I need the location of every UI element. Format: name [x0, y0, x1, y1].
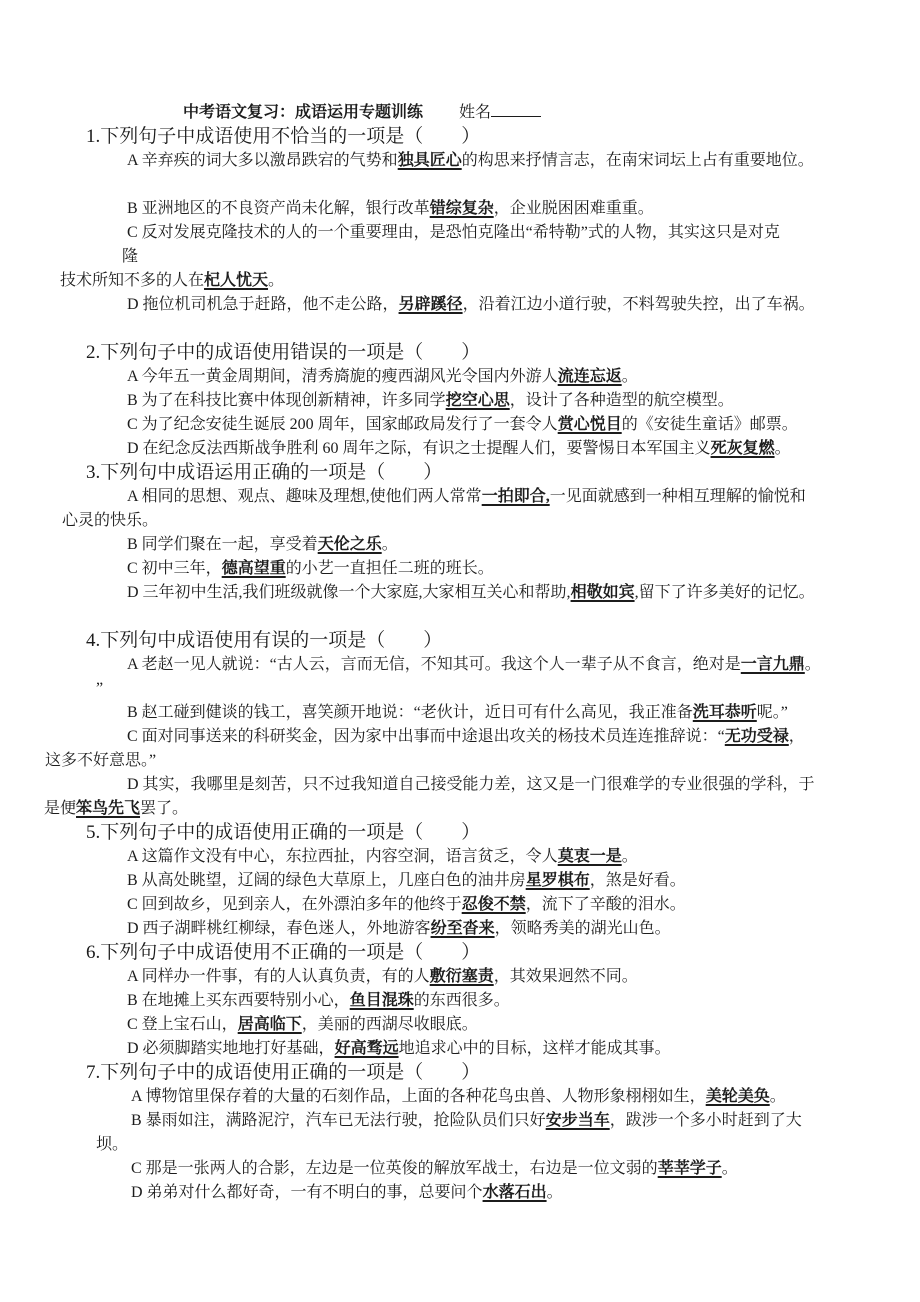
text-run: 呢。”: [757, 704, 788, 721]
text-run: C 登上宝石山，: [127, 1016, 238, 1033]
text-run: 罢了。: [140, 800, 188, 817]
option-line: D 其实，我哪里是刻苦，只不过我知道自己接受能力差，这又是一门很难学的专业很强的…: [127, 773, 815, 797]
wrap-line: 这多不好意思。”: [45, 749, 156, 773]
idiom-bold-underline: 流连忘返: [558, 368, 622, 385]
text-run: D 拖位机司机急于赶路，他不走公路，: [127, 296, 399, 313]
idiom-bold-underline: 挖空心思: [446, 392, 510, 409]
idiom-bold-underline: 死灰复燃: [711, 440, 775, 457]
text-run: B 从高处眺望，辽阔的绿色大草原上，几座白色的油井房: [127, 872, 526, 889]
text-run: 7.下列句子中的成语使用正确的一项是（ ）: [86, 1062, 480, 1083]
option-line: A 老赵一见人就说：“古人云，言而无信，不知其可。我这个人一辈子从不食言，绝对是…: [127, 653, 821, 677]
idiom-bold-underline: 一言九鼎: [741, 656, 805, 673]
text-run: 。: [805, 656, 821, 673]
question-stem: 1.下列句子中成语使用不恰当的一项是（ ）: [86, 125, 480, 149]
idiom-bold-underline: 敷衍塞责: [430, 968, 494, 985]
text-run: B 为了在科技比赛中体现创新精神，许多同学: [127, 392, 446, 409]
text-run: 的构思来抒情言志，在南宋词坛上占有重要地位。: [462, 152, 814, 169]
text-run: 地追求心中的目标，这样才能成其事。: [399, 1040, 671, 1057]
idiom-bold-underline: 洗耳恭听: [693, 704, 757, 721]
idiom-bold-underline: 杞人忧天: [204, 272, 268, 289]
question-stem: 5.下列句子中的成语使用正确的一项是（ ）: [86, 821, 480, 845]
idiom-bold-underline: 一拍即合,: [482, 488, 550, 505]
question-stem: 4.下列句中成语使用有误的一项是（ ）: [86, 629, 442, 653]
text-run: 。: [547, 1184, 563, 1201]
question-stem: 6.下列句子中成语使用不正确的一项是（ ）: [86, 941, 480, 965]
text-run: D 弟弟对什么都好奇，一有不明白的事，总要问个: [131, 1184, 483, 1201]
text-run: C 面对同事送来的科研奖金，因为家中出事而中途退出攻关的杨技术员连连推辞说：“: [127, 728, 725, 745]
option-line: B 暴雨如注，满路泥泞，汽车已无法行驶，抢险队员们只好安步当车，跋涉一个多小时赶…: [131, 1109, 802, 1133]
text-run: C 为了纪念安徒生诞辰 200 周年，国家邮政局发行了一套令人: [127, 416, 558, 433]
option-line: C 反对发展克隆技术的人的一个重要理由，是恐怕克隆出“希特勒”式的人物，其实这只…: [127, 221, 780, 245]
wrap-line: 坝。: [96, 1133, 128, 1157]
text-run: C 那是一张两人的合影，左边是一位英俊的解放军战士，右边是一位文弱的: [131, 1160, 658, 1177]
wrap-line: 心灵的快乐。: [62, 509, 158, 533]
question-stem: 2.下列句子中的成语使用错误的一项是（ ）: [86, 341, 480, 365]
idiom-bold-underline: 莫衷一是: [558, 848, 622, 865]
idiom-bold-underline: 水落石出: [483, 1184, 547, 1201]
text-run: C 反对发展克隆技术的人的一个重要理由，是恐怕克隆出“希特勒”式的人物，其实这只…: [127, 224, 780, 241]
text-run: 3.下列句中成语运用正确的一项是（ ）: [86, 462, 442, 483]
option-line: A 今年五一黄金周期间，清秀旖旎的瘦西湖风光令国内外游人流连忘返。: [127, 365, 638, 389]
text-run: 的《安徒生童话》邮票。: [622, 416, 798, 433]
text-run: 5.下列句子中的成语使用正确的一项是（ ）: [86, 822, 480, 843]
option-line: B 同学们聚在一起，享受着天伦之乐。: [127, 533, 398, 557]
option-line: B 为了在科技比赛中体现创新精神，许多同学挖空心思，设计了各种造型的航空模型。: [127, 389, 734, 413]
text-run: 技术所知不多的人在: [60, 272, 204, 289]
text-run: 1.下列句子中成语使用不恰当的一项是（ ）: [86, 126, 480, 147]
option-line: B 亚洲地区的不良资产尚未化解，银行改革错综复杂，企业脱困困难重重。: [127, 197, 654, 221]
idiom-bold-underline: 忍俊不禁: [462, 896, 526, 913]
idiom-bold-underline: 天伦之乐: [318, 536, 382, 553]
text-run: ，流下了辛酸的泪水。: [526, 896, 686, 913]
text-run: B 在地摊上买东西要特别小心，: [127, 992, 350, 1009]
idiom-bold-underline: 德高望重: [222, 560, 286, 577]
question-stem: 3.下列句中成语运用正确的一项是（ ）: [86, 461, 442, 485]
option-line: C 初中三年，德高望重的小艺一直担任二班的班长。: [127, 557, 494, 581]
option-line: D 在纪念反法西斯战争胜利 60 周年之际，有识之士提醒人们，要警惕日本军国主义…: [127, 437, 791, 461]
text-run: 6.下列句子中成语使用不正确的一项是（ ）: [86, 942, 480, 963]
text-run: D 其实，我哪里是刻苦，只不过我知道自己接受能力差，这又是一门很难学的专业很强的…: [127, 776, 815, 793]
option-line: A 相同的思想、观点、趣味及理想,使他们两人常常一拍即合,一见面就感到一种相互理…: [127, 485, 806, 509]
title-text: 中考语文复习：成语运用专题训练: [183, 104, 423, 121]
text-run: D 西子湖畔桃红柳绿，春色迷人，外地游客: [127, 920, 431, 937]
idiom-bold-underline: 无功受禄: [725, 728, 789, 745]
spacer: [423, 116, 459, 117]
text-run: A 博物馆里保存着的大量的石刻作品，上面的各种花鸟虫兽、人物形象栩栩如生，: [131, 1088, 706, 1105]
option-line: D 三年初中生活,我们班级就像一个大家庭,大家相互关心和帮助,相敬如宾,留下了许…: [127, 581, 815, 605]
text-run: 。: [382, 536, 398, 553]
option-line: D 弟弟对什么都好奇，一有不明白的事，总要问个水落石出。: [131, 1181, 563, 1205]
text-run: B 亚洲地区的不良资产尚未化解，银行改革: [127, 200, 430, 217]
option-line: C 登上宝石山，居高临下，美丽的西湖尽收眼底。: [127, 1013, 478, 1037]
text-run: ，设计了各种造型的航空模型。: [510, 392, 734, 409]
idiom-bold-underline: 另辟蹊径: [399, 296, 463, 313]
option-line: B 赵工碰到健谈的钱工，喜笑颜开地说：“老伙计，近日可有什么高见，我正准备洗耳恭…: [127, 701, 788, 725]
wrap-line: 技术所知不多的人在杞人忧天。: [60, 269, 284, 293]
text-run: 。: [622, 848, 638, 865]
option-line: C 那是一张两人的合影，左边是一位英俊的解放军战士，右边是一位文弱的莘莘学子。: [131, 1157, 738, 1181]
option-line: C 回到故乡，见到亲人，在外漂泊多年的他终于忍俊不禁，流下了辛酸的泪水。: [127, 893, 686, 917]
text-run: A 辛弃疾的词大多以激昂跌宕的气势和: [127, 152, 398, 169]
option-line: D 西子湖畔桃红柳绿，春色迷人，外地游客纷至沓来，领略秀美的湖光山色。: [127, 917, 671, 941]
text-run: 是便: [44, 800, 76, 817]
idiom-bold-underline: 独具匠心: [398, 152, 462, 169]
text-run: ，沿着江边小道行驶，不料驾驶失控，出了车祸。: [463, 296, 815, 313]
text-run: 。: [770, 1088, 786, 1105]
option-line: A 博物馆里保存着的大量的石刻作品，上面的各种花鸟虫兽、人物形象栩栩如生，美轮美…: [131, 1085, 786, 1109]
idiom-bold-underline: 笨鸟先飞: [76, 800, 140, 817]
text-run: ，其效果迥然不同。: [494, 968, 638, 985]
idiom-bold-underline: 赏心悦目: [558, 416, 622, 433]
text-run: 的东西很多。: [414, 992, 510, 1009]
text-run: ，跋涉一个多小时赶到了大: [610, 1112, 802, 1129]
text-run: A 相同的思想、观点、趣味及理想,使他们两人常常: [127, 488, 482, 505]
option-line: D 拖位机司机急于赶路，他不走公路，另辟蹊径，沿着江边小道行驶，不料驾驶失控，出…: [127, 293, 815, 317]
question-stem: 7.下列句子中的成语使用正确的一项是（ ）: [86, 1061, 480, 1085]
title-line: 中考语文复习：成语运用专题训练姓名: [183, 101, 541, 125]
text-run: 4.下列句中成语使用有误的一项是（ ）: [86, 630, 442, 651]
text-run: C 回到故乡，见到亲人，在外漂泊多年的他终于: [127, 896, 462, 913]
idiom-bold-underline: 居高临下: [238, 1016, 302, 1033]
text-run: 隆: [122, 248, 138, 265]
text-run: 心灵的快乐。: [62, 512, 158, 529]
wrap-line: ”: [96, 677, 103, 701]
idiom-bold-underline: 美轮美奂: [706, 1088, 770, 1105]
idiom-bold-underline: 好高骛远: [335, 1040, 399, 1057]
text-run: 。: [622, 368, 638, 385]
wrap-line: 是便笨鸟先飞罢了。: [44, 797, 188, 821]
option-line: B 在地摊上买东西要特别小心，鱼目混珠的东西很多。: [127, 989, 510, 1013]
text-run: 一见面就感到一种相互理解的愉悦和: [550, 488, 806, 505]
text-run: 的小艺一直担任二班的班长。: [286, 560, 494, 577]
text-run: 。: [722, 1160, 738, 1177]
idiom-bold-underline: 纷至沓来: [431, 920, 495, 937]
option-line: B 从高处眺望，辽阔的绿色大草原上，几座白色的油井房星罗棋布，煞是好看。: [127, 869, 686, 893]
text-run: A 同样办一件事，有的人认真负责，有的人: [127, 968, 430, 985]
text-run: D 三年初中生活,我们班级就像一个大家庭,大家相互关心和帮助,: [127, 584, 571, 601]
text-run: ，煞是好看。: [590, 872, 686, 889]
text-run: A 今年五一黄金周期间，清秀旖旎的瘦西湖风光令国内外游人: [127, 368, 558, 385]
text-run: B 暴雨如注，满路泥泞，汽车已无法行驶，抢险队员们只好: [131, 1112, 546, 1129]
option-line: A 同样办一件事，有的人认真负责，有的人敷衍塞责，其效果迥然不同。: [127, 965, 638, 989]
text-run: ，: [789, 728, 805, 745]
option-line: C 面对同事送来的科研奖金，因为家中出事而中途退出攻关的杨技术员连连推辞说：“无…: [127, 725, 805, 749]
text-run: 。: [268, 272, 284, 289]
wrap-line: 隆: [122, 245, 138, 269]
idiom-bold-underline: 安步当车: [546, 1112, 610, 1129]
option-line: A 辛弃疾的词大多以激昂跌宕的气势和独具匠心的构思来抒情言志，在南宋词坛上占有重…: [127, 149, 814, 173]
text-run: 姓名: [459, 104, 491, 121]
option-line: C 为了纪念安徒生诞辰 200 周年，国家邮政局发行了一套令人赏心悦目的《安徒生…: [127, 413, 798, 437]
text-run: ，企业脱困困难重重。: [494, 200, 654, 217]
text-run: A 老赵一见人就说：“古人云，言而无信，不知其可。我这个人一辈子从不食言，绝对是: [127, 656, 741, 673]
idiom-bold-underline: 相敬如宾: [571, 584, 635, 601]
document-page: 中考语文复习：成语运用专题训练姓名1.下列句子中成语使用不恰当的一项是（ ）A …: [0, 0, 920, 1302]
text-run: C 初中三年，: [127, 560, 222, 577]
text-run: 这多不好意思。”: [45, 752, 156, 769]
name-blank-underline: [491, 101, 541, 117]
text-run: B 同学们聚在一起，享受着: [127, 536, 318, 553]
idiom-bold-underline: 莘莘学子: [658, 1160, 722, 1177]
text-run: 坝。: [96, 1136, 128, 1153]
option-line: D 必须脚踏实地地打好基础，好高骛远地追求心中的目标，这样才能成其事。: [127, 1037, 671, 1061]
idiom-bold-underline: 错综复杂: [430, 200, 494, 217]
text-run: ,留下了许多美好的记忆。: [635, 584, 815, 601]
text-run: D 在纪念反法西斯战争胜利 60 周年之际，有识之士提醒人们，要警惕日本军国主义: [127, 440, 711, 457]
option-line: A 这篇作文没有中心，东拉西扯，内容空洞，语言贫乏，令人莫衷一是。: [127, 845, 638, 869]
text-run: D 必须脚踏实地地打好基础，: [127, 1040, 335, 1057]
text-run: ，美丽的西湖尽收眼底。: [302, 1016, 478, 1033]
text-run: 2.下列句子中的成语使用错误的一项是（ ）: [86, 342, 480, 363]
idiom-bold-underline: 星罗棋布: [526, 872, 590, 889]
idiom-bold-underline: 鱼目混珠: [350, 992, 414, 1009]
text-run: B 赵工碰到健谈的钱工，喜笑颜开地说：“老伙计，近日可有什么高见，我正准备: [127, 704, 693, 721]
text-run: A 这篇作文没有中心，东拉西扯，内容空洞，语言贫乏，令人: [127, 848, 558, 865]
text-run: 。: [775, 440, 791, 457]
text-run: ，领略秀美的湖光山色。: [495, 920, 671, 937]
text-run: ”: [96, 680, 103, 697]
